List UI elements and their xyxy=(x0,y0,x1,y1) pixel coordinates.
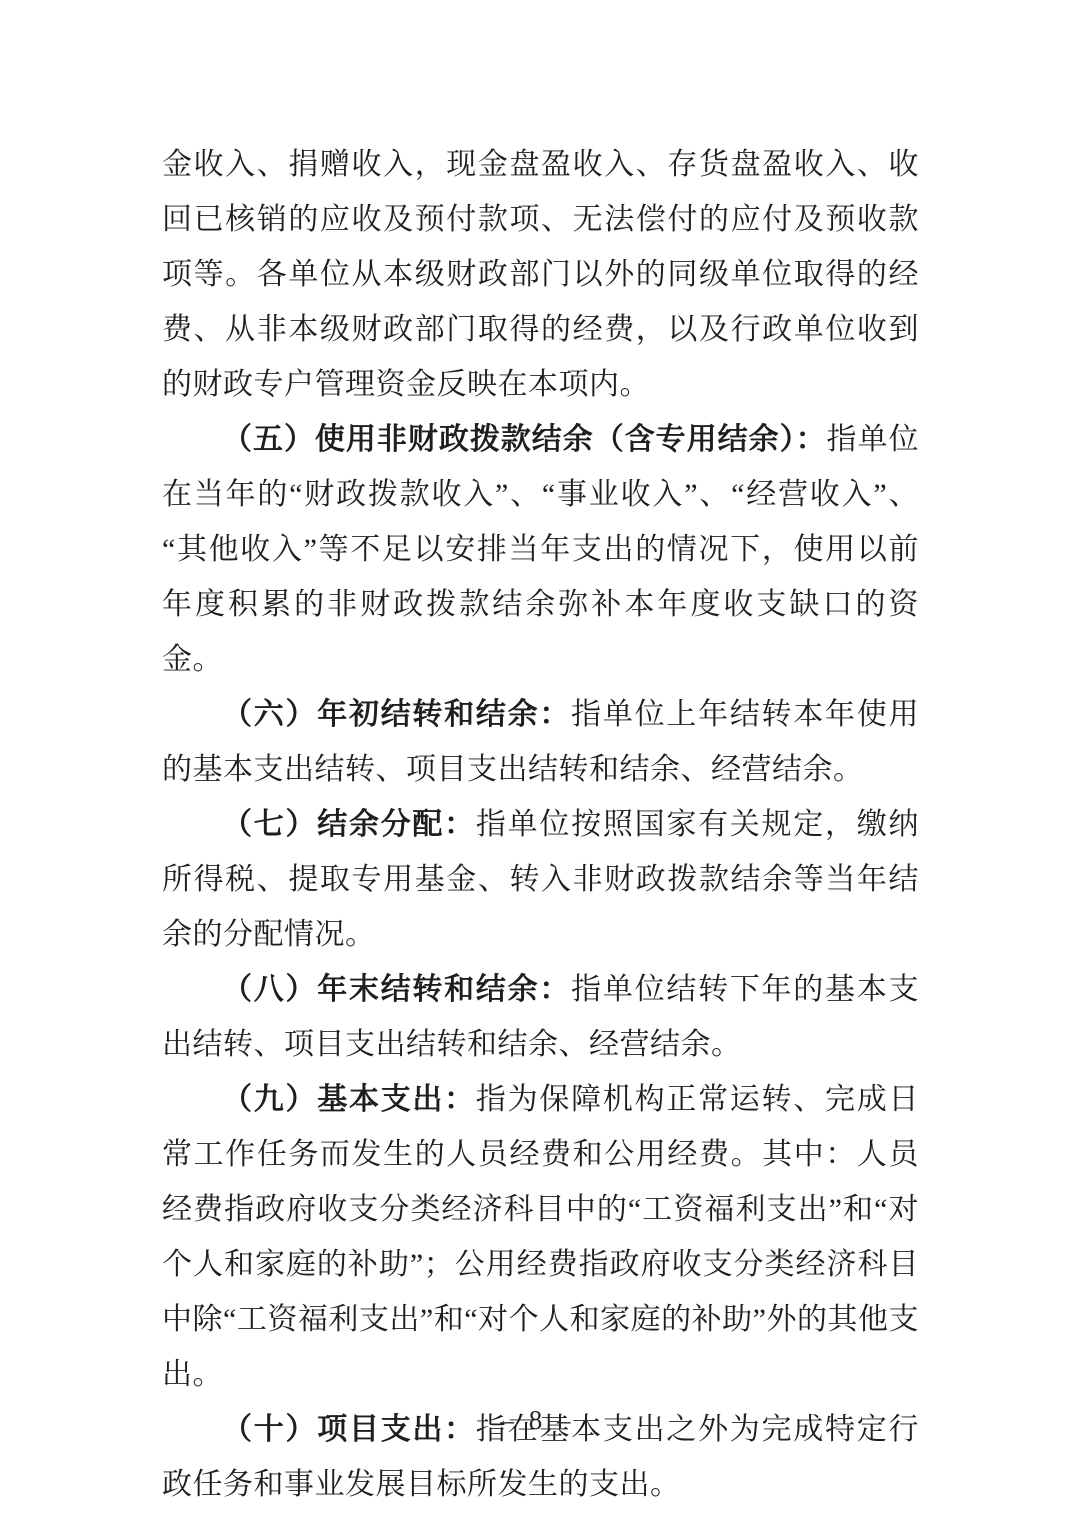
paragraph-continuation: 金收入、捐赠收入，现金盘盈收入、存货盘盈收入、收回已核销的应收及预付款项、无法偿… xyxy=(162,137,919,412)
page-number: – 8 – xyxy=(0,1405,1075,1436)
section-lead: （八）年末结转和结余： xyxy=(222,973,571,1006)
paragraph-section-6: （六）年初结转和结余：指单位上年结转本年使用的基本支出结转、项目支出结转和结余、… xyxy=(162,687,919,797)
section-lead: （九）基本支出： xyxy=(222,1083,476,1116)
document-page: 金收入、捐赠收入，现金盘盈收入、存货盘盈收入、收回已核销的应收及预付款项、无法偿… xyxy=(0,0,1075,1520)
section-lead: （七）结余分配： xyxy=(222,808,476,841)
body-text: 金收入、捐赠收入，现金盘盈收入、存货盘盈收入、收回已核销的应收及预付款项、无法偿… xyxy=(162,137,919,1512)
paragraph-section-7: （七）结余分配：指单位按照国家有关规定，缴纳所得税、提取专用基金、转入非财政拨款… xyxy=(162,797,919,962)
section-lead: （五）使用非财政拨款结余（含专用结余）： xyxy=(222,423,827,456)
paragraph-section-8: （八）年末结转和结余：指单位结转下年的基本支出结转、项目支出结转和结余、经营结余… xyxy=(162,962,919,1072)
paragraph-section-5: （五）使用非财政拨款结余（含专用结余）：指单位在当年的“财政拨款收入”、“事业收… xyxy=(162,412,919,687)
paragraph-text: 指单位在当年的“财政拨款收入”、“事业收入”、“经营收入”、“其他收入”等不足以… xyxy=(162,423,919,676)
paragraph-text: 金收入、捐赠收入，现金盘盈收入、存货盘盈收入、收回已核销的应收及预付款项、无法偿… xyxy=(162,148,919,401)
paragraph-text: 指为保障机构正常运转、完成日常工作任务而发生的人员经费和公用经费。其中：人员经费… xyxy=(162,1083,919,1391)
paragraph-section-9: （九）基本支出：指为保障机构正常运转、完成日常工作任务而发生的人员经费和公用经费… xyxy=(162,1072,919,1402)
section-lead: （六）年初结转和结余： xyxy=(222,698,571,731)
